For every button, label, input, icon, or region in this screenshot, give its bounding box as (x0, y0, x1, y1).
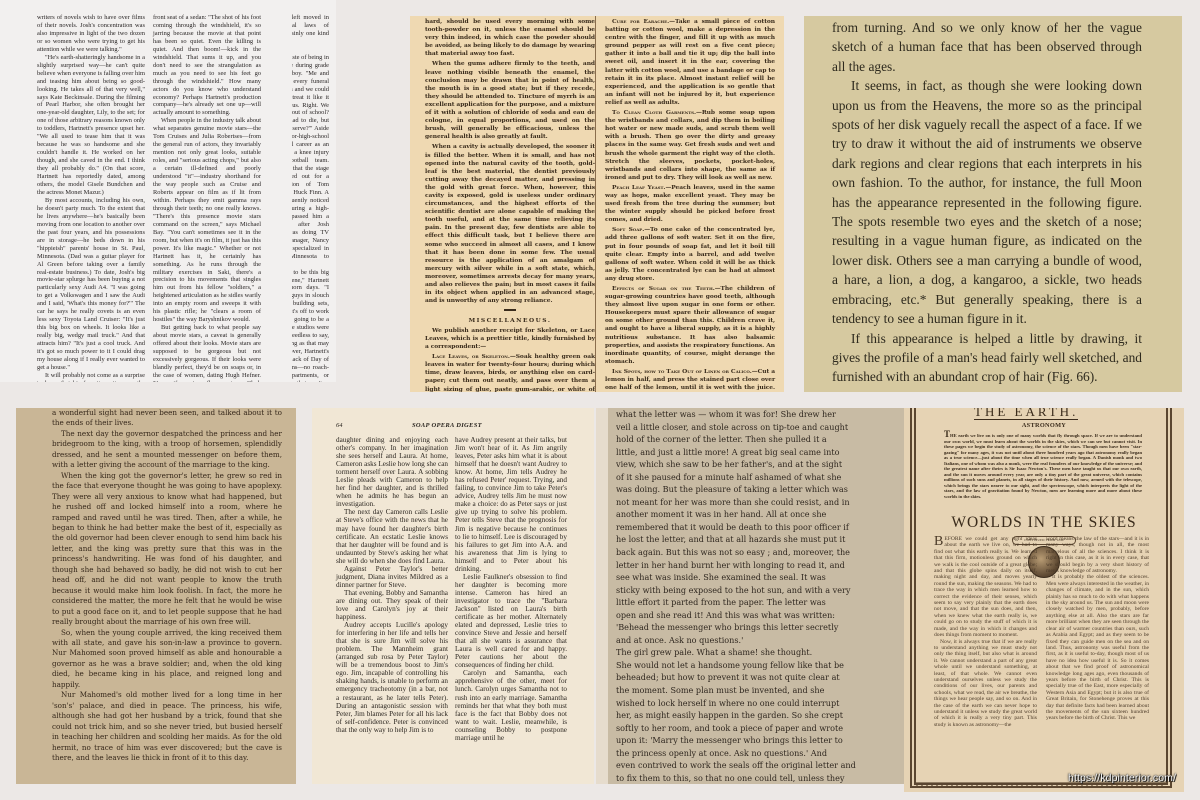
earth-right-column: word means the law of the stars—and it i… (1046, 536, 1149, 722)
paragraph-text: EFORE we could get any right ideas about… (934, 536, 1037, 638)
paragraph: When the king got the governor's letter,… (52, 471, 282, 628)
recipe-label: Soft Soap. (612, 226, 644, 233)
magazine-column-2: front seat of a sedan: "The shot of his … (153, 14, 261, 382)
paragraph: The next day Cameron calls Leslie at Ste… (336, 508, 448, 564)
soap-right-column: have Audrey present at their talks, but … (455, 436, 567, 742)
section-heading: MISCELLANEOUS. (425, 317, 595, 325)
text-line: 'Behead the messenger who brings this le… (616, 621, 908, 634)
headline: WORLDS IN THE SKIES (904, 514, 1184, 532)
text-line: upon it: 'Marry the messenger who brings… (616, 734, 908, 747)
paragraph: That evening, Bobby and Samantha are din… (336, 589, 448, 621)
text-line: her, as might easily happen in the garde… (616, 709, 908, 722)
paragraph: It is probably the oldest of the science… (1046, 574, 1149, 721)
text-line: hold of the corner of the letter. Then s… (616, 433, 908, 446)
magazine-column-3: film, that you may have left moved in vi… (292, 14, 329, 382)
soap-left-column: daughter dining and enjoying each other'… (336, 436, 448, 734)
text-line: beheaded; but how to prevent it was not … (616, 671, 908, 684)
paragraph: Nur Mahomed's old mother lived for a lon… (52, 690, 282, 763)
soap-opera-digest-page-scan: 64 SOAP OPERA DIGEST daughter dining and… (312, 408, 594, 784)
recipe-text: —To one cake of the concentrated lye, ad… (605, 226, 775, 282)
recipe-entry: Ink Spots, how to Take Out of Linen or C… (605, 368, 775, 392)
text-line: not meant for her was more than she coul… (616, 496, 908, 509)
recipe-text: —Take a small piece of cotton batting or… (605, 18, 775, 106)
paragraph: "I thought it was going to be this big p… (292, 269, 329, 382)
paragraph: front seat of a sedan: "The shot of his … (153, 14, 261, 117)
recipe-entry: Lace Leaves, or Skeleton.—Soak healthy g… (425, 353, 595, 392)
letter-tale-text: what the letter was — whom it was for! S… (616, 408, 908, 784)
king-tale-text: a wonderful sight had never been seen, a… (52, 408, 282, 763)
text-line: the princess openly at once. Ask no ques… (616, 747, 908, 760)
column-rule (595, 16, 596, 392)
paragraph: a wonderful sight had never been seen, a… (52, 408, 282, 429)
text-line: little effort it parted from the paper. … (616, 596, 908, 609)
text-line: of it she paused for a minute half asham… (616, 471, 908, 484)
paragraph: But getting back to what people say abou… (153, 324, 261, 382)
text-line: letter in her hand burnt her with longin… (616, 559, 908, 572)
recipe-label: Ink Spots, how to Take Out of Linen or C… (612, 368, 752, 375)
paragraph: The next day the governor despatched the… (52, 429, 282, 471)
text-line: view, which she saw to be her father's, … (616, 458, 908, 471)
earth-left-column: BEFORE we could get any right ideas abou… (934, 536, 1037, 728)
paragraph: So, when the young couple arrived, the k… (52, 628, 282, 691)
intro-paragraph: THE earth we live on is only one of many… (944, 432, 1142, 500)
magazine-page-column-3-clip: film, that you may have left moved in vi… (292, 0, 336, 382)
paragraph: It seems, in fact, as though she were lo… (832, 76, 1142, 328)
text-line: She would not let a handsome young fello… (616, 659, 908, 672)
text-line: the moment. Some plan must be invented, … (616, 684, 908, 697)
text-line: veil a little closer, and stole across o… (616, 421, 908, 434)
moon-book-page-scan: from turning. And so we only know of her… (804, 16, 1182, 392)
paragraph: daughter dining and enjoying each other'… (336, 436, 448, 508)
page-edge-strip (596, 408, 608, 784)
text-line: was doing. But the pleasure of taking a … (616, 483, 908, 496)
paragraph: writers of novels wish to have over film… (37, 14, 145, 54)
magazine-page-scan: writers of novels wish to have over film… (0, 0, 292, 382)
letter-tale-page-scan: what the letter was — whom it was for! S… (608, 408, 908, 784)
paragraph: Carolyn and Samantha, each apprehensive … (455, 669, 567, 741)
text-line: and at once. Ask no questions.' (616, 634, 908, 647)
recipe-text: —Rub some soap upon the wristbands and c… (605, 109, 775, 181)
paragraph: from turning. And so we only know of her… (832, 18, 1142, 76)
text-line: The girl grew pale. What a shame! she th… (616, 646, 908, 659)
text-line: see what was inside. She examined the se… (616, 571, 908, 584)
text-line: to fix them to this, so that no one coul… (616, 772, 908, 784)
recipe-label: Cure for Earache. (612, 18, 669, 25)
magazine-columns: writers of novels wish to have over film… (37, 14, 292, 382)
recipe-label: To Clean Cloth Garments. (612, 109, 696, 116)
paragraph: film, that you may have left moved in vi… (292, 14, 329, 46)
text-line: what the letter was — whom it was for! S… (616, 408, 908, 421)
text-line: another moment it was in her hand. All a… (616, 508, 908, 521)
paragraph: We publish another receipt for Skeleton,… (425, 327, 595, 351)
recipe-entry: Soft Soap.—To one cake of the concentrat… (605, 226, 775, 283)
paragraph-with-dropcap: Hartnett got his first taste of being in… (292, 54, 329, 269)
paragraph: It will probably not come as a surprise … (37, 372, 145, 382)
recipe-entry: Effects of Sugar on the Teeth.—The child… (605, 285, 775, 366)
recipe-entry: To Clean Cloth Garments.—Rub some soap u… (605, 109, 775, 182)
page-number: 64 (336, 422, 343, 429)
paragraph: If this appearance is helped a little by… (832, 329, 1142, 387)
text-line: wished to lock herself in where no one c… (616, 697, 908, 710)
paragraph: have Audrey present at their talks, but … (455, 436, 567, 573)
running-title: SOAP OPERA DIGEST (412, 422, 482, 429)
intro-text: HE earth we live on is only one of many … (944, 433, 1142, 499)
dropcap: B (934, 536, 944, 547)
text-line: little, and just a little more! A great … (616, 446, 908, 459)
paragraph: Leslie Faulkner's obsession to find her … (455, 573, 567, 670)
paragraph-with-dropcap: BEFORE we could get any right ideas abou… (934, 536, 1037, 639)
newspaper-page-scan: hard, should be used every morning with … (410, 16, 784, 392)
text-line: he lost the letter, and that at all haza… (616, 533, 908, 546)
watermark-link[interactable]: https://kdpinterior.com/ (1068, 772, 1176, 784)
paragraph: "He's earth-shatteringly handsome in a s… (37, 54, 145, 197)
paragraph-text: artnett got his first taste of being in … (292, 54, 329, 268)
recipe-label: Effects of Sugar on the Teeth. (612, 285, 715, 292)
paragraph: word means the law of the stars—and it i… (1046, 536, 1149, 574)
page-title: THE EARTH. (974, 408, 1078, 420)
paragraph: When people in the industry talk about w… (153, 117, 261, 324)
text-line: back again. But this was not so easy ; a… (616, 546, 908, 559)
page-title-text: THE EARTH. (974, 408, 1078, 420)
moon-page-text: from turning. And so we only know of her… (832, 18, 1142, 387)
section-divider (504, 309, 516, 311)
recipe-entry: Cure for Earache.—Take a small piece of … (605, 18, 775, 107)
paragraph: By most accounts, including his own, he … (37, 197, 145, 372)
section-heading: ASTRONOMY (904, 422, 1184, 429)
paragraph: When the gums adhere firmly to the teeth… (425, 60, 595, 141)
magazine-column-1: writers of novels wish to have over film… (37, 14, 145, 382)
paragraph: Against Peter Taylor's better judgment, … (336, 565, 448, 589)
text-line: sticky with being exposed to the hot sun… (616, 584, 908, 597)
king-tale-page-scan: a wonderful sight had never been seen, a… (16, 408, 296, 784)
paragraph: When a cavity is actually developed, the… (425, 143, 595, 305)
newspaper-left-column: hard, should be used every morning with … (425, 18, 595, 392)
paragraph: Audrey accepts Lucille's apology for int… (336, 621, 448, 734)
text-line: softly to her room, and took a piece of … (616, 722, 908, 735)
paragraph: Now, it is always true that if we are re… (934, 639, 1037, 729)
text-line: remembered that it would be death to thi… (616, 521, 908, 534)
recipe-entry: Peach Leaf Yeast.—Peach leaves, used in … (605, 184, 775, 224)
recipe-label: Lace Leaves, or Skeleton. (432, 353, 510, 360)
paragraph: hard, should be used every morning with … (425, 18, 595, 58)
earth-astronomy-page-scan: THE EARTH. ASTRONOMY THE earth we live o… (904, 408, 1184, 792)
recipe-text: —The children of sugar-growing countries… (605, 285, 775, 365)
text-line: open and she read it! And this was what … (616, 609, 908, 622)
recipe-label: Peach Leaf Yeast. (612, 184, 665, 191)
newspaper-right-column: Cure for Earache.—Take a small piece of … (605, 18, 775, 392)
text-line: even contrived to work the seals off the… (616, 759, 908, 772)
